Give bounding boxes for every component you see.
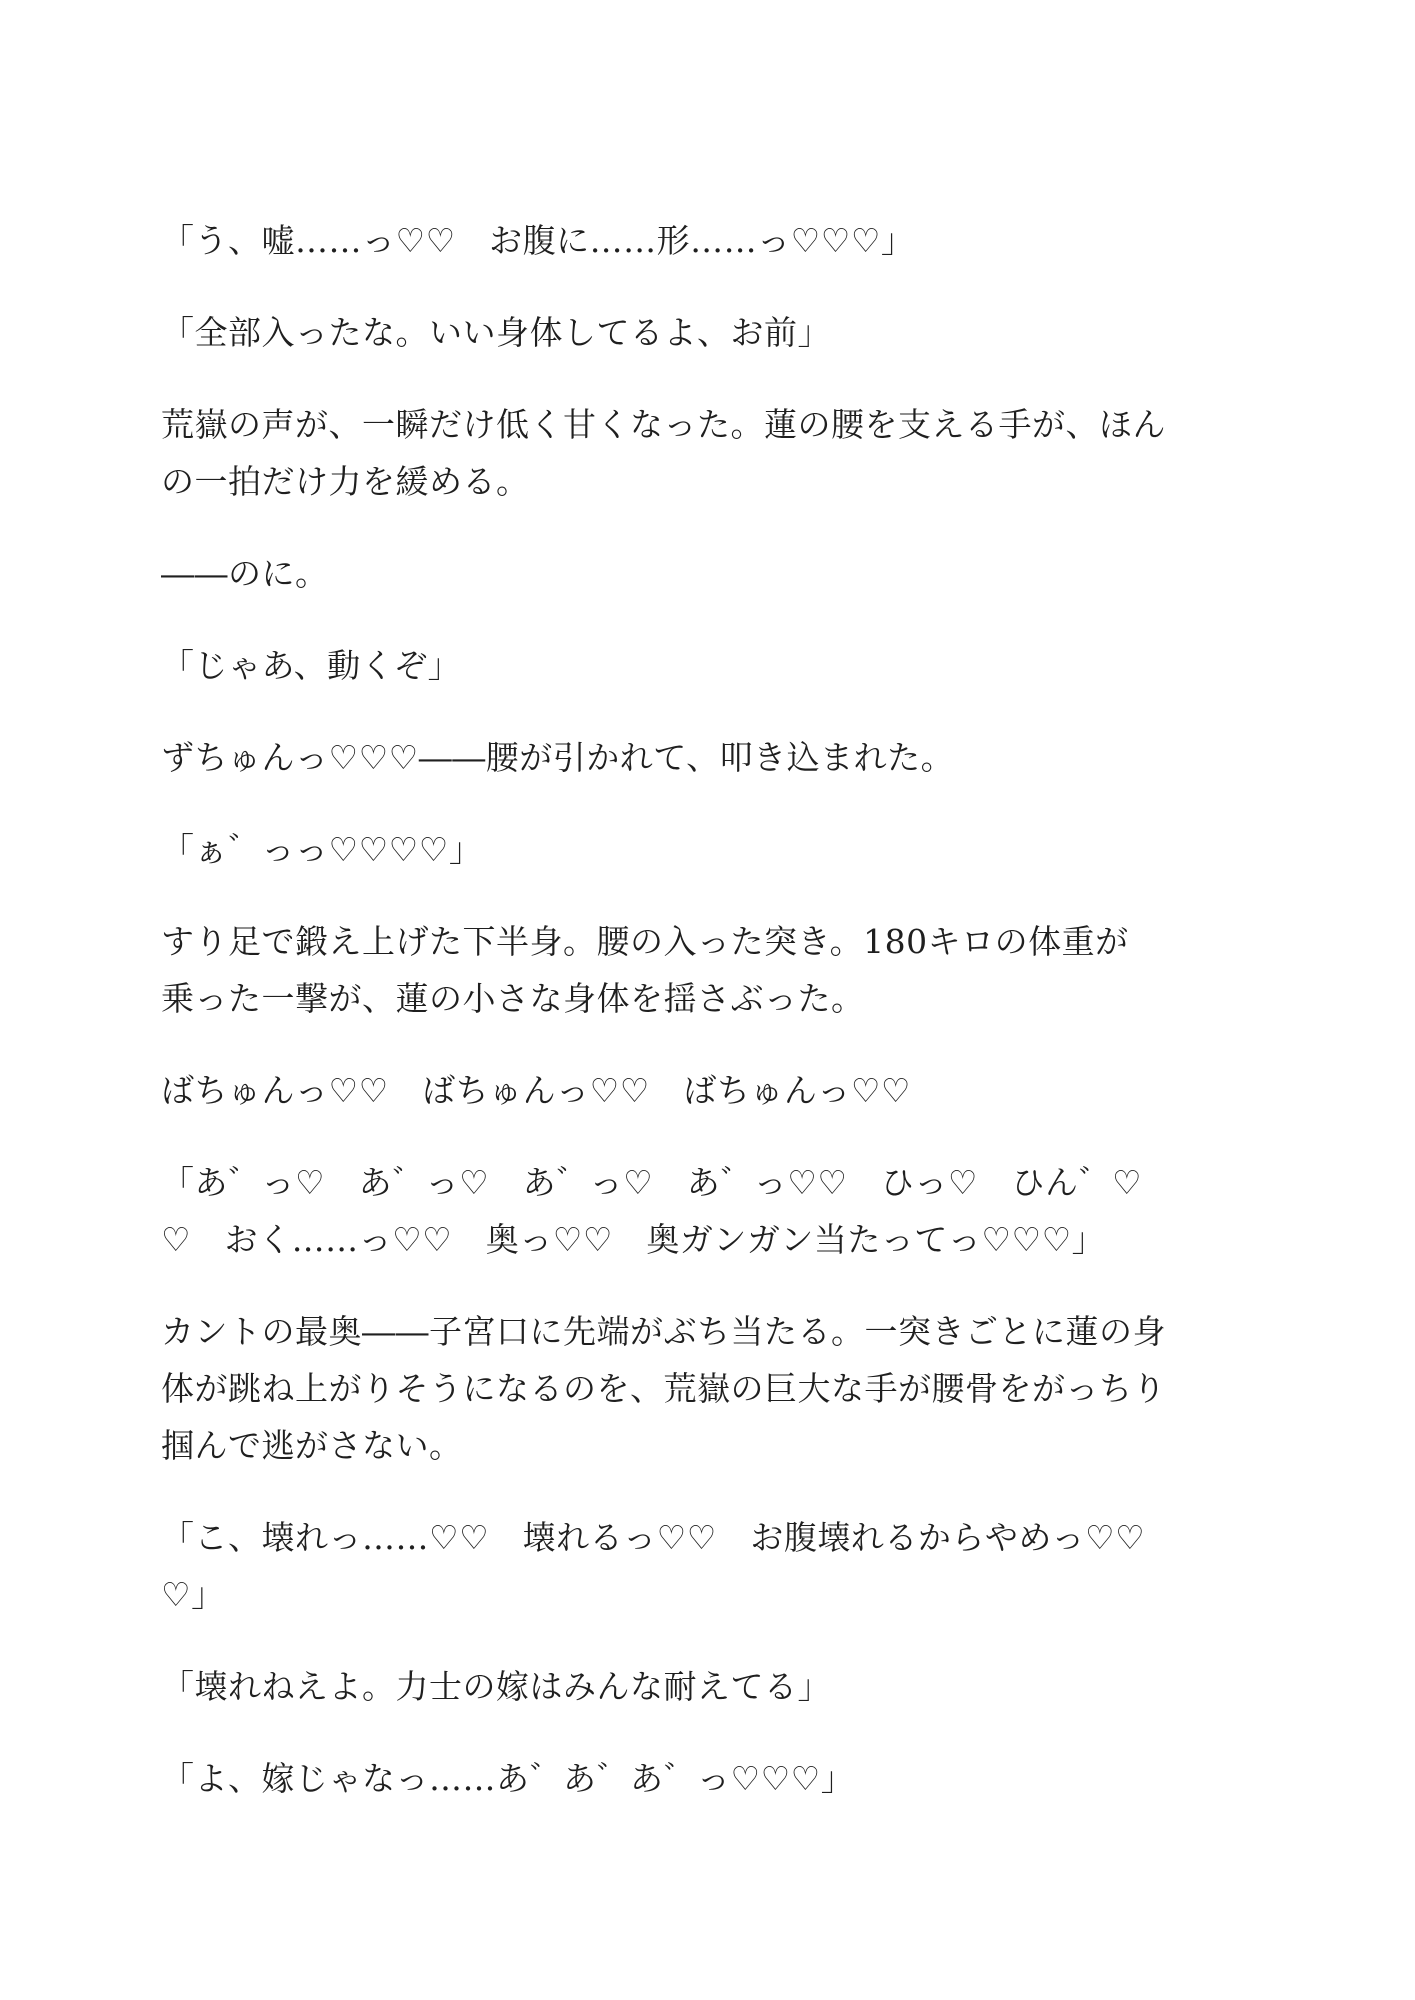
paragraph: 「う、嘘……っ♡♡ お腹に……形……っ♡♡♡」	[161, 212, 1365, 269]
paragraph: ずちゅんっ♡♡♡――腰が引かれて、叩き込まれた。	[161, 729, 1365, 786]
paragraph: カントの最奥――子宮口に先端がぶち当たる。一突きごとに蓮の身 体が跳ね上がりそう…	[161, 1303, 1365, 1474]
document-page: 「う、嘘……っ♡♡ お腹に……形……っ♡♡♡」 「全部入ったな。いい身体してるよ…	[0, 0, 1415, 2000]
paragraph: 「ぁ゛っっ♡♡♡♡」	[161, 821, 1365, 878]
paragraph: ばちゅんっ♡♡ ばちゅんっ♡♡ ばちゅんっ♡♡	[161, 1062, 1365, 1119]
paragraph: 「壊れねえよ。力士の嫁はみんな耐えてる」	[161, 1658, 1365, 1715]
paragraph: 「よ、嫁じゃなっ……あ゛あ゛あ゛っ♡♡♡」	[161, 1750, 1365, 1807]
text-body: 「う、嘘……っ♡♡ お腹に……形……っ♡♡♡」 「全部入ったな。いい身体してるよ…	[161, 212, 1365, 1807]
paragraph: 「あ゛っ♡ あ゛っ♡ あ゛っ♡ あ゛っ♡♡ ひっ♡ ひん゛♡ ♡ おく……っ♡♡…	[161, 1154, 1365, 1268]
paragraph: ――のに。	[161, 545, 1365, 602]
paragraph: 荒嶽の声が、一瞬だけ低く甘くなった。蓮の腰を支える手が、ほん の一拍だけ力を緩め…	[161, 396, 1365, 510]
paragraph: 「こ、壊れっ……♡♡ 壊れるっ♡♡ お腹壊れるからやめっ♡♡ ♡」	[161, 1509, 1365, 1623]
paragraph: すり足で鍛え上げた下半身。腰の入った突き。180キロの体重が 乗った一撃が、蓮の…	[161, 913, 1365, 1027]
paragraph: 「じゃあ、動くぞ」	[161, 637, 1365, 694]
paragraph: 「全部入ったな。いい身体してるよ、お前」	[161, 304, 1365, 361]
